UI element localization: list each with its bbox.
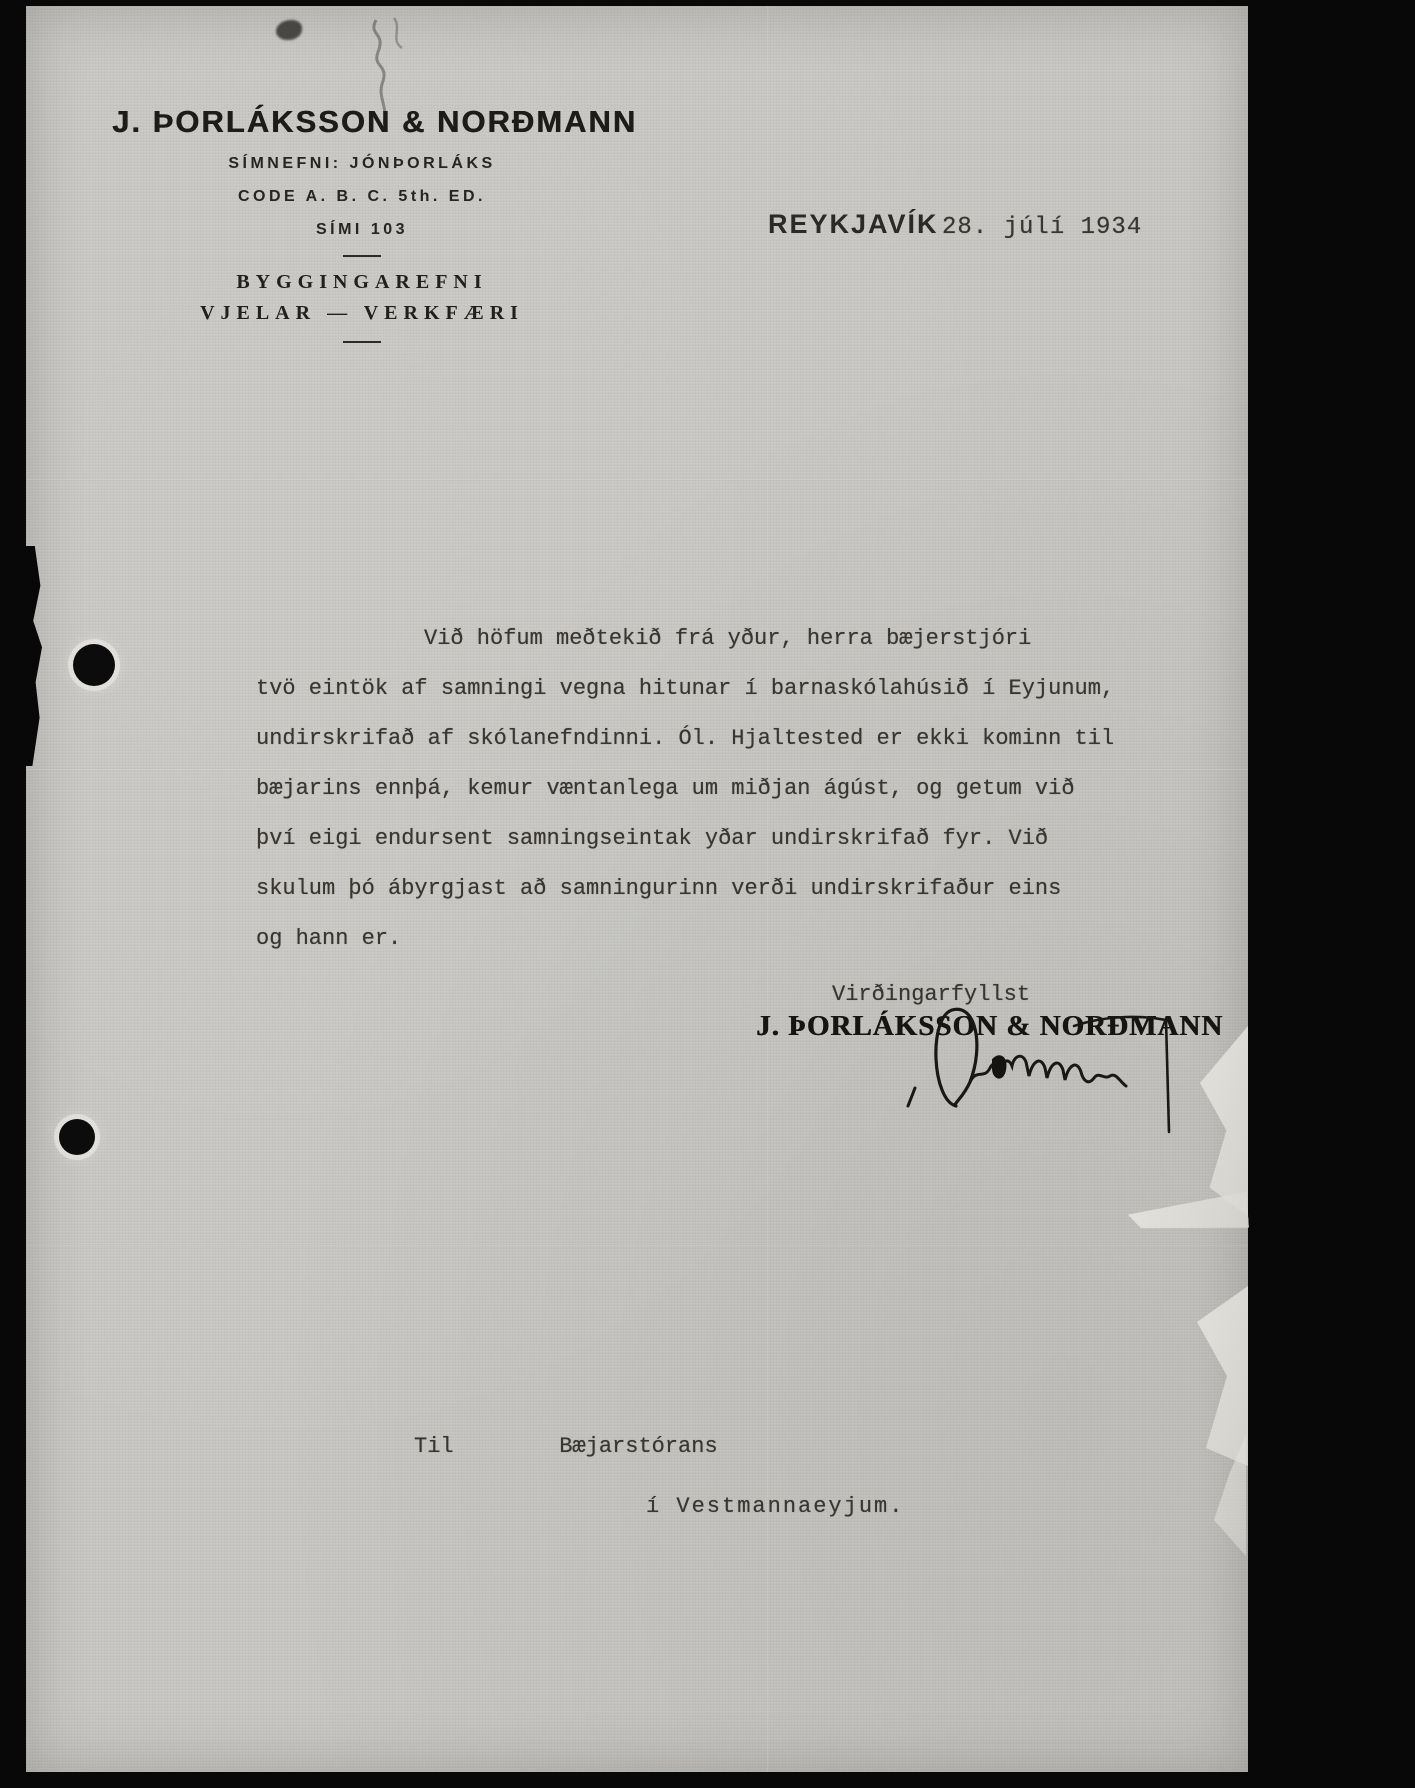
telegraph-address: SÍMNEFNI: JÓNÞORLÁKS [112,155,612,173]
right-edge-tear [1127,1192,1249,1236]
scan-background: J. ÞORLÁKSSON & NORÐMANN SÍMNEFNI: JÓNÞO… [0,0,1415,1788]
left-edge-tear [26,546,42,766]
letterhead: J. ÞORLÁKSSON & NORÐMANN SÍMNEFNI: JÓNÞO… [112,104,612,343]
recipient-to-label: Til [414,1434,454,1459]
body-line: bæjarins ennþá, kemur væntanlega um miðj… [256,764,1196,814]
letterhead-divider [343,341,381,343]
handwritten-signature [878,994,1188,1149]
horizontal-fold-crease-lower [26,1244,1248,1247]
body-line: skulum þó ábyrgjast að samningurinn verð… [256,864,1196,914]
dateline-place: REYKJAVÍK [768,209,939,240]
business-line-2: VJELAR — VERKFÆRI [112,302,612,325]
recipient-line: Til Bæjarstórans [414,1434,718,1459]
body-line: tvö eintök af samningi vegna hitunar í b… [256,664,1196,714]
right-edge-tear [1188,1286,1248,1466]
code-line: CODE A. B. C. 5th. ED. [112,188,612,206]
dateline-date: 28. júlí 1934 [942,214,1142,241]
document-page: J. ÞORLÁKSSON & NORÐMANN SÍMNEFNI: JÓNÞO… [26,6,1248,1772]
recipient-gap [454,1434,560,1459]
recipient-name: Bæjarstórans [559,1434,717,1459]
business-line-1: BYGGINGAREFNI [112,271,612,294]
phone-line: SÍMI 103 [112,221,612,239]
recipient-place: í Vestmannaeyjum. [646,1494,904,1519]
body-line: því eigi endursent samningseintak yðar u… [256,814,1196,864]
horizontal-fold-crease-upper [26,478,1248,481]
letter-body: Við höfum meðtekið frá yður, herra bæjer… [256,614,1196,964]
body-line: undirskrifað af skólanefndinni. Ól. Hjal… [256,714,1196,764]
letterhead-divider [343,255,381,257]
right-edge-tear [1200,1026,1248,1216]
body-line: og hann er. [256,914,1196,964]
punch-hole-bottom [59,1119,95,1155]
body-line: Við höfum meðtekið frá yður, herra bæjer… [256,614,1196,664]
punch-hole-top [73,644,115,686]
company-name: J. ÞORLÁKSSON & NORÐMANN [112,104,612,140]
